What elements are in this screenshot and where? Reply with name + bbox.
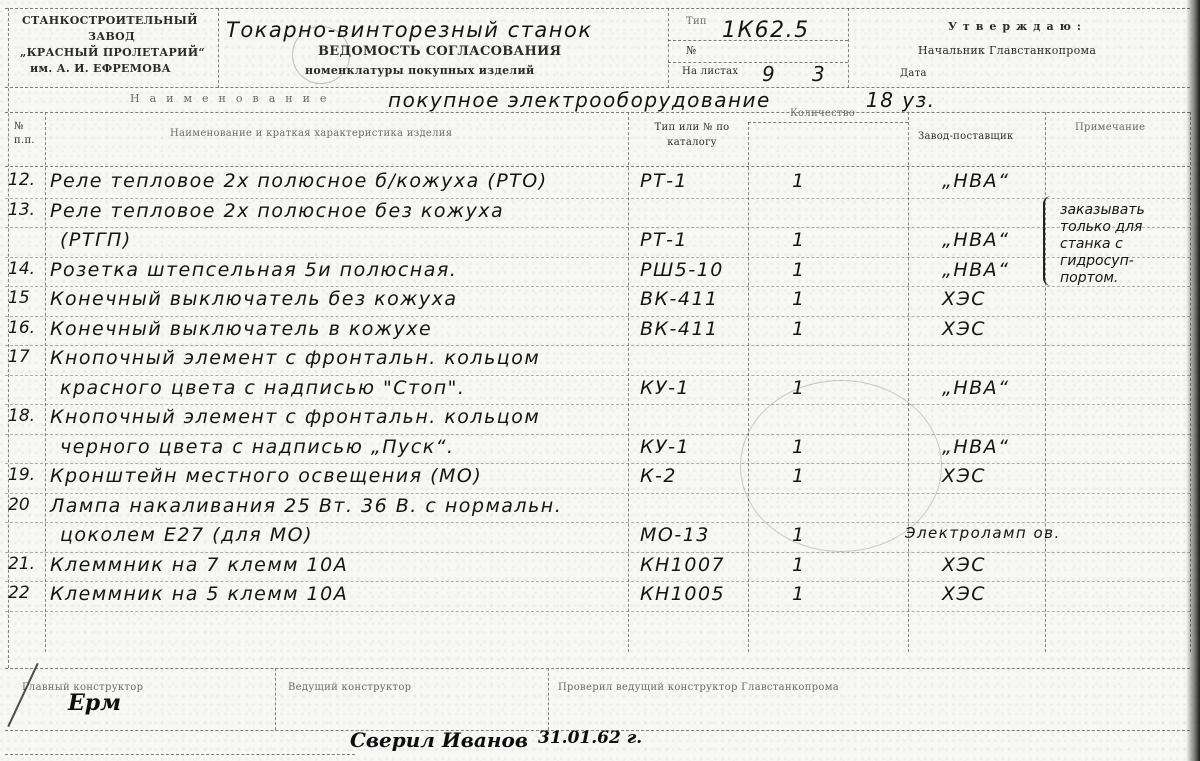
checked-by-label: Проверил ведущий конструктор Главстанкоп… <box>558 682 839 693</box>
row-rule <box>5 316 1190 317</box>
row-rule <box>5 493 1190 494</box>
footer-divider-1 <box>275 668 276 730</box>
row-type: РТ-1 <box>640 170 688 192</box>
row-rule <box>5 611 1190 612</box>
row-type: КУ-1 <box>640 377 690 399</box>
row-rule <box>5 581 1190 582</box>
side-note-line: гидросуп- <box>1060 253 1134 269</box>
row-number: 19. <box>8 465 35 485</box>
note-brace <box>1043 196 1055 286</box>
row-rule <box>5 286 1190 287</box>
row-name-line: Кронштейн местного освещения (МО) <box>50 465 482 487</box>
row-quantity: 1 <box>792 318 806 340</box>
row-rule <box>5 345 1190 346</box>
row-supplier: ХЭС <box>942 288 986 310</box>
row-type: РШ5-10 <box>640 259 724 281</box>
qty-header-rule <box>748 122 908 123</box>
row-rule <box>5 198 1190 199</box>
stamp-mark-small <box>292 26 350 84</box>
header-divider-1 <box>218 8 219 88</box>
row-rule <box>5 257 1190 258</box>
row-rule <box>5 434 1190 435</box>
number-label: № <box>686 44 697 57</box>
row-name-line: Розетка штепсельная 5и полюсная. <box>50 259 457 281</box>
row-name-line: Конечный выключатель в кожухе <box>50 318 432 340</box>
side-note-line: портом. <box>1060 270 1118 286</box>
row-number: 20 <box>8 495 30 515</box>
row-supplier: „НВА“ <box>942 229 1010 251</box>
row-name-line: красного цвета с надписью "Стоп". <box>60 377 465 399</box>
group-value: покупное электрооборудование <box>388 88 771 112</box>
row-rule <box>5 404 1190 405</box>
footer-divider-2 <box>548 668 549 730</box>
row-name-line: Конечный выключатель без кожуха <box>50 288 457 310</box>
side-note-line: станка с <box>1060 236 1123 252</box>
row-quantity: 1 <box>792 583 806 605</box>
row-type: ВК-411 <box>640 288 719 310</box>
col-header-num: № п.п. <box>14 120 44 148</box>
row-type: КН1005 <box>640 583 725 605</box>
row-type: КУ-1 <box>640 436 690 458</box>
row-number: 14. <box>8 259 35 279</box>
row-supplier: Электроламп ов. <box>905 524 1061 542</box>
row-number: 18. <box>8 406 35 426</box>
row-type: РТ-1 <box>640 229 688 251</box>
row-name-line: Реле тепловое 2х полюсное б/кожуха (РТО) <box>50 170 548 192</box>
col-divider-qty <box>908 112 909 652</box>
row-supplier: ХЭС <box>942 318 986 340</box>
factory-line-1: СТАНКОСТРОИТЕЛЬНЫЙ <box>22 14 198 27</box>
header-divider-3 <box>848 8 849 88</box>
row-name-line: (РТГП) <box>60 229 132 251</box>
row-supplier: ХЭС <box>942 583 986 605</box>
col-header-note: Примечание <box>1075 122 1145 133</box>
row-number: 16. <box>8 318 35 338</box>
scan-edge <box>1186 0 1200 761</box>
row-name-line: Кнопочный элемент с фронтальн. кольцом <box>50 347 540 369</box>
row-name-line: Кнопочный элемент с фронтальн. кольцом <box>50 406 540 428</box>
row-supplier: ХЭС <box>942 554 986 576</box>
signature-verified: Сверил Иванов <box>350 728 528 752</box>
col-header-supplier: Завод-поставщик <box>918 131 1014 142</box>
row-type: КН1007 <box>640 554 725 576</box>
row-type: ВК-411 <box>640 318 719 340</box>
document-page: СТАНКОСТРОИТЕЛЬНЫЙ ЗАВОД „КРАСНЫЙ ПРОЛЕТ… <box>0 0 1200 761</box>
row-number: 15 <box>8 288 30 308</box>
sheets-label: На листах <box>682 66 738 77</box>
col-header-type: Тип или № по каталогу <box>638 120 746 150</box>
type-label: Тип <box>686 16 707 27</box>
lead-designer-label: Ведущий конструктор <box>288 682 411 693</box>
approval-title: Утверждаю: <box>948 20 1087 33</box>
side-note-line: только для <box>1060 219 1142 235</box>
row-type: МО-13 <box>640 524 710 546</box>
factory-line-3: „КРАСНЫЙ ПРОЛЕТАРИЙ“ <box>20 46 205 59</box>
row-number: 12. <box>8 170 35 190</box>
signature-date: 31.01.62 г. <box>538 728 642 748</box>
group-bottom-rule <box>5 112 1190 113</box>
column-header-bottom <box>5 166 1190 167</box>
date-label: Дата <box>900 68 927 79</box>
group-label: Наименование <box>130 92 336 105</box>
sheet-extra: 3 <box>812 62 826 86</box>
row-rule <box>5 522 1190 523</box>
footer-bottom-rule <box>5 754 355 755</box>
row-number: 17 <box>8 347 30 367</box>
document-title: ВЕДОМОСТЬ СОГЛАСОВАНИЯ <box>318 44 561 59</box>
row-rule <box>5 463 1190 464</box>
col-divider-type <box>748 122 749 652</box>
row-name-line: Реле тепловое 2х полюсное без кожуха <box>50 200 504 222</box>
row-supplier: ХЭС <box>942 465 986 487</box>
row-name-line: Клеммник на 7 клемм 10А <box>50 554 348 576</box>
row-supplier: „НВА“ <box>942 259 1010 281</box>
factory-line-4: им. А. И. ЕФРЕМОВА <box>30 62 171 75</box>
row-type: К-2 <box>640 465 677 487</box>
row-supplier: „НВА“ <box>942 170 1010 192</box>
col-divider-supplier <box>1045 112 1046 652</box>
row-quantity: 1 <box>792 229 806 251</box>
row-supplier: „НВА“ <box>942 436 1010 458</box>
row-number: 22 <box>8 583 30 603</box>
row-quantity: 1 <box>792 259 806 281</box>
approval-by: Начальник Главстанкопрома <box>918 44 1096 57</box>
top-border <box>5 8 1190 9</box>
row-supplier: „НВА“ <box>942 377 1010 399</box>
row-number: 13. <box>8 200 35 220</box>
row-name-line: цоколем Е27 (для МО) <box>60 524 313 546</box>
group-count: 18 уз. <box>866 88 936 112</box>
col-header-qty: Количество <box>790 108 855 119</box>
type-value: 1К62.5 <box>722 18 810 43</box>
machine-title: Токарно-винторезный станок <box>226 18 593 42</box>
row-quantity: 1 <box>792 288 806 310</box>
row-rule <box>5 227 1190 228</box>
footer-top-rule <box>5 668 1190 669</box>
row-name-line: черного цвета с надписью „Пуск“. <box>60 436 455 458</box>
col-header-name: Наименование и краткая характеристика из… <box>170 128 452 139</box>
row-quantity: 1 <box>792 170 806 192</box>
row-number: 21. <box>8 554 35 574</box>
signature-chief: Ерм <box>68 690 121 716</box>
row-name-line: Лампа накаливания 25 Вт. 36 В. с нормаль… <box>50 495 562 517</box>
header-divider-2 <box>668 8 669 88</box>
col-divider-name <box>628 112 629 652</box>
row-name-line: Клеммник на 5 клемм 10А <box>50 583 348 605</box>
col-divider-num <box>45 112 46 652</box>
row-rule <box>5 552 1190 553</box>
factory-line-2: ЗАВОД <box>88 30 135 43</box>
sheets-value: 9 <box>762 62 776 86</box>
row-rule <box>5 375 1190 376</box>
side-note-line: заказывать <box>1060 202 1145 218</box>
signature-stroke <box>7 663 38 727</box>
row-quantity: 1 <box>792 554 806 576</box>
stamp-mark <box>740 380 942 552</box>
